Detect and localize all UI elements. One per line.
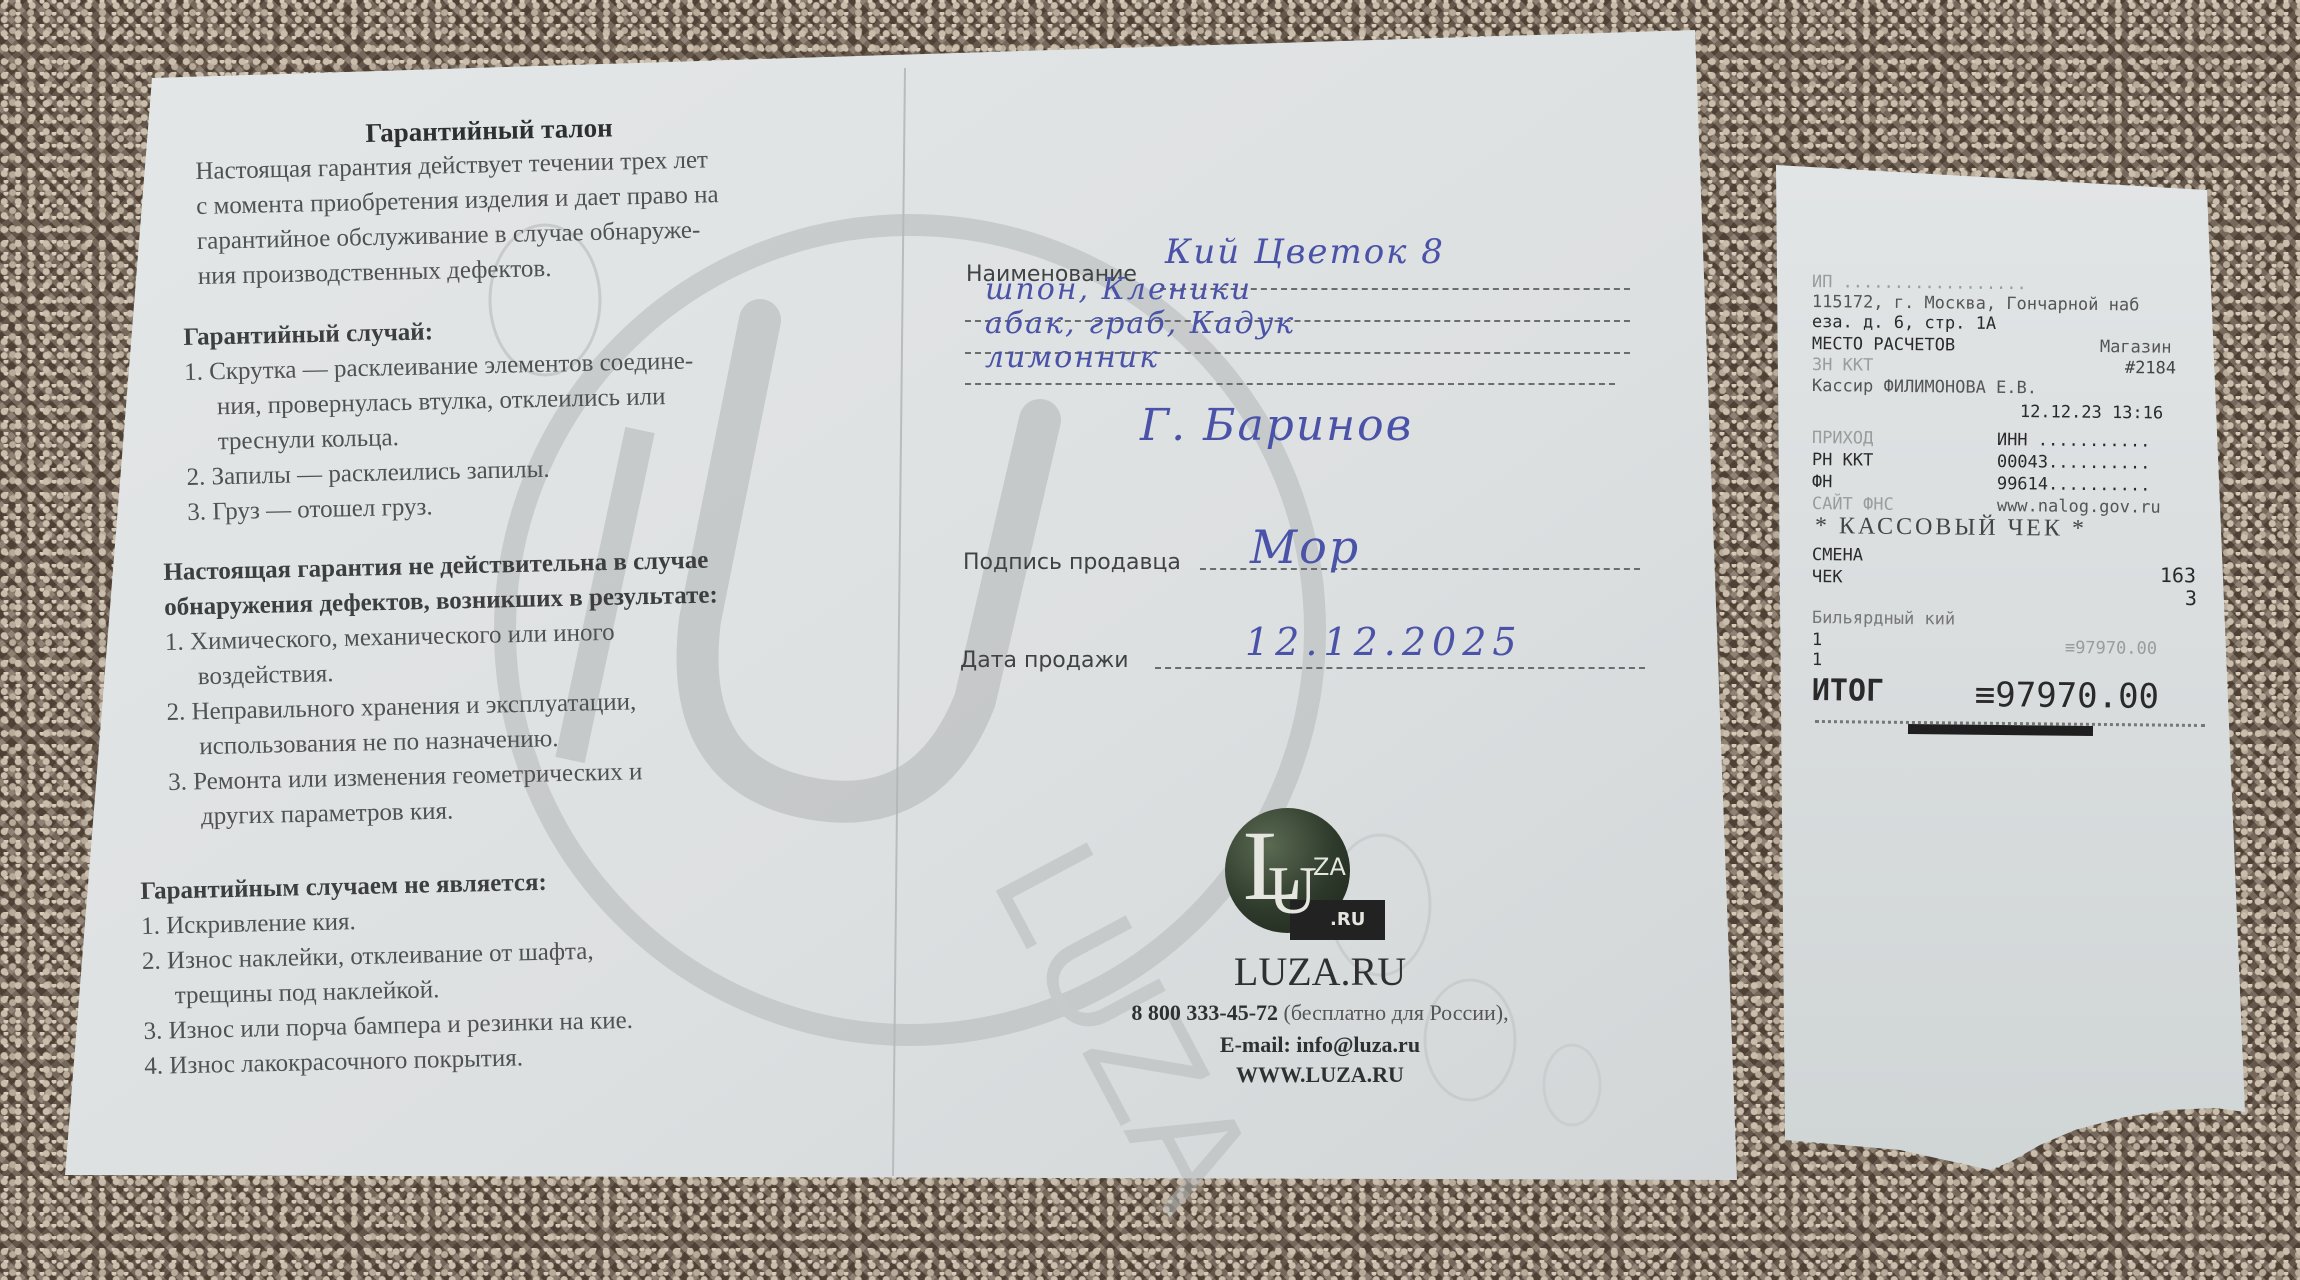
receipt-row-label: РН ККТ [1812,450,1874,471]
phone-line: 8 800 333-45-72 (бесплатно для России), [1000,1000,1640,1026]
void-section: Настоящая гарантия не действительна в сл… [163,542,723,834]
receipt-title: * КАССОВЫЙ ЧЕК * [1815,516,2087,539]
receipt-row-label: ФН [1812,472,1833,492]
buyer-name-handwritten: Г. Баринов [1140,400,1413,451]
receipt-check-label: ЧЕК [1812,567,1843,587]
receipt-redacted-bar [1908,724,2093,736]
name-handwritten-line: Кий Цветок 8 [1165,232,1445,272]
seller-signature-label: Подпись продавца [963,550,1181,575]
receipt-item-price: ≡97970.00 [2065,638,2157,659]
logo-letter-u: U [1268,856,1317,924]
receipt-item-name: Бильярдный кий [1812,608,1955,629]
receipt-row-value: 99614.......... [1997,474,2151,496]
name-handwritten-line: лимонник [985,340,1159,375]
sale-date-line [1155,667,1645,669]
receipt-number: #2184 [2125,358,2176,379]
sale-date-handwritten: 12.12.2025 [1245,620,1523,664]
website: WWW.LUZA.RU [1000,1062,1640,1088]
receipt-total-value: ≡97970.00 [1975,676,2160,716]
receipt-row-label: ПРИХОД [1812,428,1874,449]
receipt-header-line: еза. д. 6, стр. 1А [1812,312,1996,334]
sale-date-label: Дата продажи [960,648,1129,673]
name-handwritten-line: абак, граб, Кадук [985,306,1295,341]
receipt-item-marker: 1 [1812,650,1822,670]
logo-za: ZA [1313,853,1346,881]
warranty-intro: Настоящая гарантия действует течении тре… [195,142,720,294]
not-covered-section: Гарантийным случаем не является: 1. Искр… [140,863,634,1084]
phone-number: 8 800 333-45-72 [1131,1000,1278,1025]
receipt-place-label: МЕСТО РАСЧЕТОВ [1812,334,1955,355]
email: E-mail: info@luza.ru [1000,1032,1640,1058]
phone-note: (бесплатно для России), [1284,1000,1509,1025]
receipt-row-value: ИНН ........... [1997,430,2151,452]
receipt-row-label: САЙТ ФНС [1812,494,1894,515]
receipt-check-value: 3 [2185,588,2197,608]
receipt-datetime: 12.12.23 13:16 [2020,402,2163,423]
receipt-header-line: ИП .................. [1812,272,2027,294]
receipt-shift-value: 163 [2160,565,2196,585]
name-handwritten-line: шпон, Кленики [985,272,1252,307]
receipt-item-qty: 1 [1812,630,1822,650]
receipt-row-value: 00043.......... [1997,452,2151,474]
logo-ru: .RU [1330,909,1365,930]
seller-signature: Мор [1250,520,1360,574]
receipt-total-label: ИТОГ [1812,674,1885,709]
receipt-shift-label: СМЕНА [1812,545,1863,566]
site-name: LUZA.RU [1000,948,1640,995]
receipt-place-value: Магазин [2100,337,2172,358]
receipt-cashier: Кассир ФИЛИМОНОВА Е.В. [1812,376,2037,398]
receipt-zn-kkt-label: ЗН ККТ [1812,355,1874,376]
covered-section: Гарантийный случай: 1. Скрутка — расклеи… [183,308,697,529]
name-line-4 [965,383,1615,385]
